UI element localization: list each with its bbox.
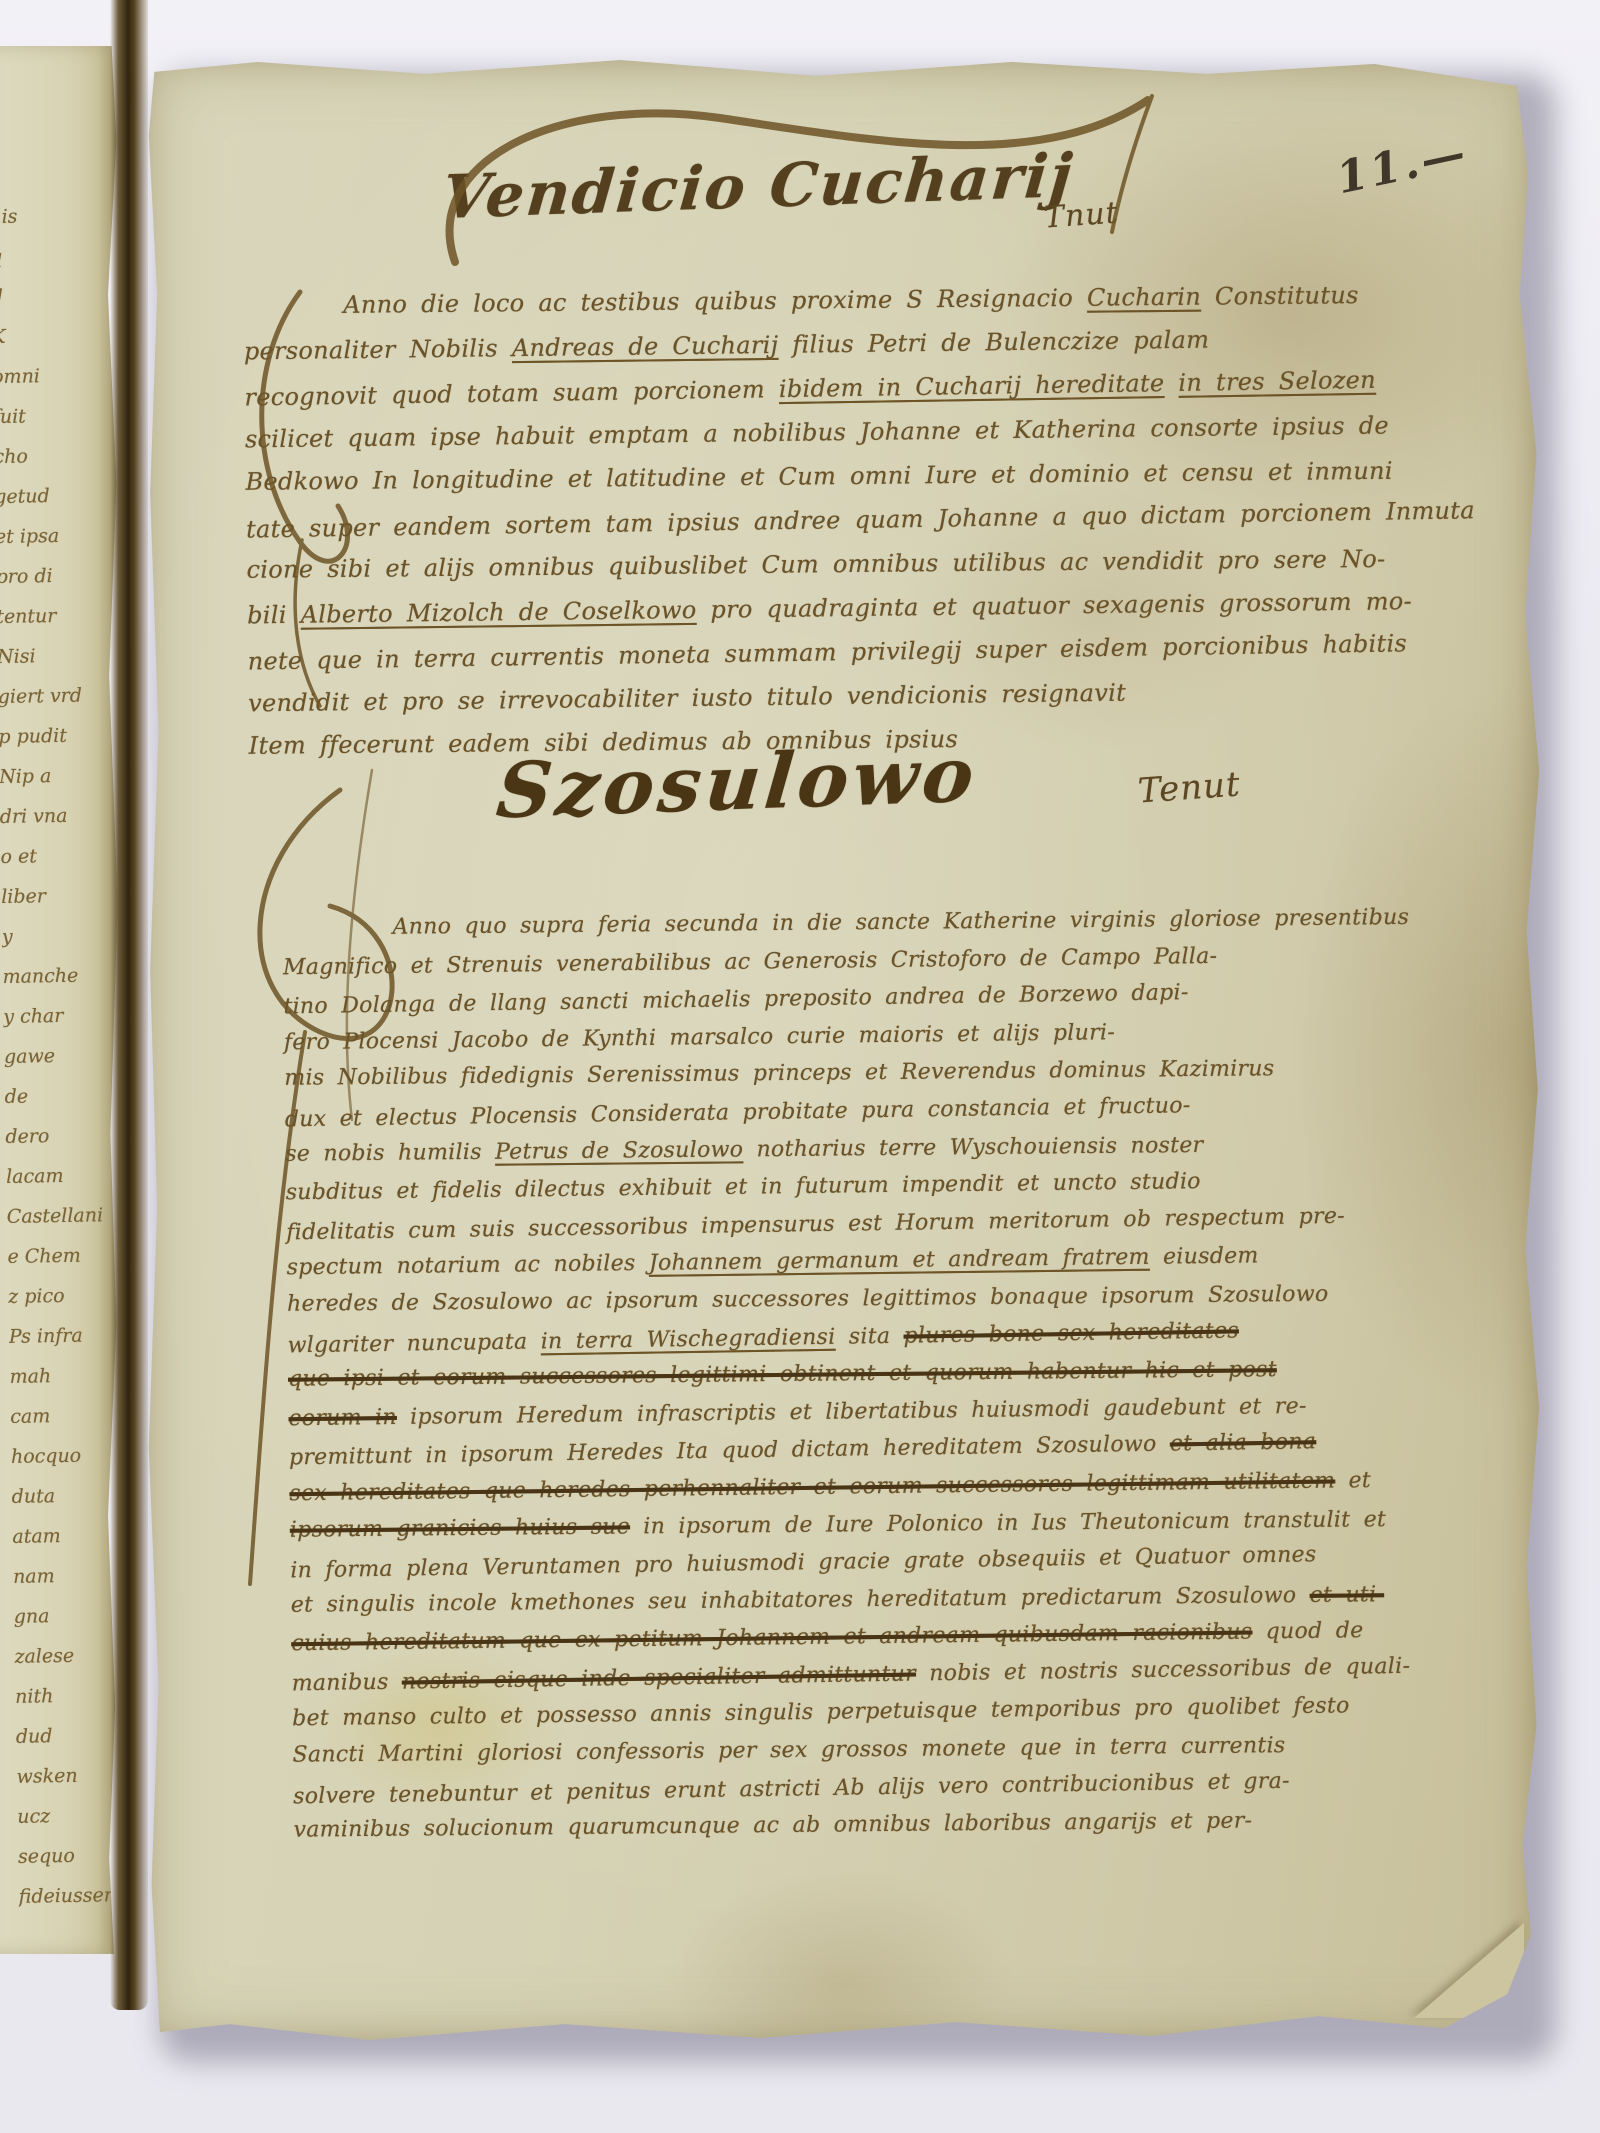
text-segment: notharius terre Wyschouiensis noster <box>743 1132 1203 1161</box>
margin-fragment: Nip a <box>0 755 107 797</box>
text-segment: recognovit quod totam suam porcionem <box>244 375 779 411</box>
margin-fragment: pro di <box>0 555 104 597</box>
text-segment: filius Petri de Bulenczize palam <box>778 326 1209 359</box>
margin-fragment: nam <box>13 1555 122 1597</box>
margin-fragment: z pico <box>8 1275 117 1317</box>
previous-page-margin-text: hisqdKomnifuitchogetudet ipsapro ditentu… <box>0 195 127 1917</box>
text-segment: et <box>1335 1468 1371 1493</box>
underlined-text: ibidem in Cucharij hereditate <box>779 369 1165 403</box>
text-segment: spectum notarium ac nobiles <box>287 1251 650 1280</box>
margin-fragment: Ps infra <box>9 1315 118 1357</box>
margin-fragment: de <box>4 1075 113 1117</box>
margin-fragment: fuit <box>0 395 101 437</box>
margin-fragment: mah <box>9 1355 118 1397</box>
margin-fragment: gna <box>13 1595 122 1637</box>
margin-fragment: et ipsa <box>0 515 103 557</box>
margin-fragment: d <box>0 275 99 317</box>
text-segment: tino Dolanga de llang sancti michaelis p… <box>283 980 1189 1019</box>
margin-fragment: lacam <box>6 1155 115 1197</box>
entry-1-heading-note: Tnut <box>1043 195 1120 235</box>
margin-fragment: dud <box>16 1715 125 1757</box>
margin-fragment: p pudit <box>0 715 107 757</box>
scan-background: { "document": { "kind": "medieval manusc… <box>0 0 1600 2133</box>
text-segment: Sancti Martini gloriosi confessoris per … <box>292 1733 1285 1768</box>
text-segment: Constitutus <box>1201 281 1359 311</box>
underlined-text: in terra Wischegradiensi <box>541 1324 836 1354</box>
page-number: 11.— <box>1332 127 1472 204</box>
underlined-text: Johannem germanum et andream fratrem <box>649 1245 1150 1276</box>
text-segment: cione sibi et alijs omnibus quibuslibet … <box>246 545 1385 584</box>
margin-fragment: zalese <box>14 1635 123 1677</box>
text-segment: Anno quo supra feria secunda in die sanc… <box>392 905 1409 940</box>
struck-text: nostris eisque inde specialiter admittun… <box>402 1661 916 1694</box>
text-segment: in ipsorum de Iure Polonico in Ius Theut… <box>630 1507 1386 1539</box>
text-segment: quod de <box>1252 1618 1363 1644</box>
text-segment: subditus et fidelis dilectus exhibuit et… <box>286 1169 1201 1205</box>
margin-fragment: getud <box>0 475 103 517</box>
margin-fragment: his <box>0 195 98 237</box>
struck-text: cuius hereditatum que ex petitum Johanne… <box>291 1620 1252 1657</box>
text-segment: in forma plena Veruntamen pro huiusmodi … <box>290 1542 1317 1583</box>
text-segment: tate super eandem sortem tam ipsius andr… <box>246 496 1475 543</box>
underlined-text: Petrus de Szosulowo <box>495 1137 743 1164</box>
underlined-text: Cucharin <box>1087 283 1201 312</box>
entry-2-body: Anno quo supra feria secunda in die sanc… <box>282 897 1483 1851</box>
text-segment: premittunt in ipsorum Heredes Ita quod d… <box>289 1432 1170 1471</box>
margin-fragment: liber <box>1 875 110 917</box>
text-segment: Magnifico et Strenuis venerabilibus ac G… <box>283 943 1218 979</box>
margin-fragment: y char <box>3 995 112 1037</box>
previous-page-edge: hisqdKomnifuitchogetudet ipsapro ditentu… <box>0 46 120 1954</box>
struck-text: plures bone sex hereditates <box>903 1318 1239 1348</box>
margin-fragment: hocquo <box>11 1435 120 1477</box>
text-segment: wlgariter nuncupata <box>287 1329 541 1358</box>
text-segment: sita <box>835 1323 903 1349</box>
margin-fragment: e Chem <box>7 1235 116 1277</box>
text-segment: ipsorum Heredum infrascriptis et liberta… <box>397 1394 1307 1430</box>
margin-fragment: y <box>2 915 111 957</box>
struck-text: et uti- <box>1310 1582 1385 1608</box>
text-segment: se nobis humilis <box>285 1139 495 1166</box>
margin-fragment: duta <box>11 1475 120 1517</box>
margin-fragment: tentur <box>0 595 105 637</box>
margin-fragment: wsken <box>16 1755 125 1797</box>
text-segment: vendidit et pro se irrevocabiliter iusto… <box>248 679 1126 718</box>
margin-fragment: q <box>0 235 98 277</box>
margin-fragment: K <box>0 315 100 357</box>
margin-fragment: cho <box>0 435 102 477</box>
entry-1-heading: Vendicio Cucharij <box>440 141 1077 233</box>
text-segment: scilicet quam ipse habuit emptam a nobil… <box>245 411 1389 453</box>
text-segment: heredes de Szosulowo ac ipsorum successo… <box>287 1282 1329 1317</box>
margin-fragment: cam <box>10 1395 119 1437</box>
text-segment: nobis et nostris successoribus de quali- <box>916 1654 1411 1687</box>
binding-gutter <box>110 0 148 2010</box>
margin-fragment: omni <box>0 355 100 397</box>
margin-fragment: dri vna <box>0 795 108 837</box>
text-segment: fero Plocensi Jacobo de Kynthi marsalco … <box>284 1020 1115 1055</box>
text-segment: mis Nobilibus fidedignis Serenissimus pr… <box>284 1057 1274 1092</box>
margin-fragment: gawe <box>4 1035 113 1077</box>
margin-fragment: giert vrd <box>0 675 106 717</box>
margin-fragment: manche <box>2 955 111 997</box>
text-segment: Bedkowo In longitudine et latitudine et … <box>245 457 1393 496</box>
margin-fragment: dero <box>5 1115 114 1157</box>
underlined-text: Alberto Mizolch de Coselkowo <box>300 596 696 629</box>
text-segment: et singulis incole kmethones seu inhabit… <box>291 1583 1310 1618</box>
entry-2-heading-note: Tenut <box>1137 764 1242 811</box>
underlined-text: in tres Selozen <box>1178 366 1376 397</box>
text-segment: dux et electus Plocensis Considerata pro… <box>285 1093 1191 1132</box>
underlined-text: Andreas de Cucharij <box>512 331 779 362</box>
margin-fragment: Castellani <box>6 1195 115 1237</box>
manuscript-page: 11.— Vendicio Cucharij Tnut Anno die loc… <box>146 56 1542 2044</box>
text-segment: vaminibus solucionum quarumcunque ac ab … <box>293 1809 1252 1843</box>
margin-fragment: atam <box>12 1515 121 1557</box>
text-segment: eiusdem <box>1150 1244 1259 1270</box>
struck-text: et alia bona <box>1170 1430 1317 1457</box>
entry-1-body: Anno die loco ac testibus quibus proxime… <box>243 271 1459 770</box>
entry-2-heading: Szosulowo <box>493 730 981 836</box>
margin-fragment: Nisi <box>0 635 105 677</box>
struck-text: eorum in <box>288 1405 397 1431</box>
struck-text: que ipsi et eorum successores legittimi … <box>288 1357 1277 1391</box>
text-segment: bili <box>247 601 301 630</box>
margin-fragment: o et <box>0 835 109 877</box>
struck-text: ipsorum granicies huius sue <box>290 1514 630 1542</box>
text-segment: Anno die loco ac testibus quibus proxime… <box>343 284 1087 319</box>
text-segment: pro quadraginta et quatuor sexagenis gro… <box>696 587 1412 624</box>
text-segment <box>1164 369 1178 397</box>
text-segment: manibus <box>292 1669 403 1696</box>
text-segment: personaliter Nobilis <box>244 334 512 365</box>
margin-fragment: nith <box>15 1675 124 1717</box>
